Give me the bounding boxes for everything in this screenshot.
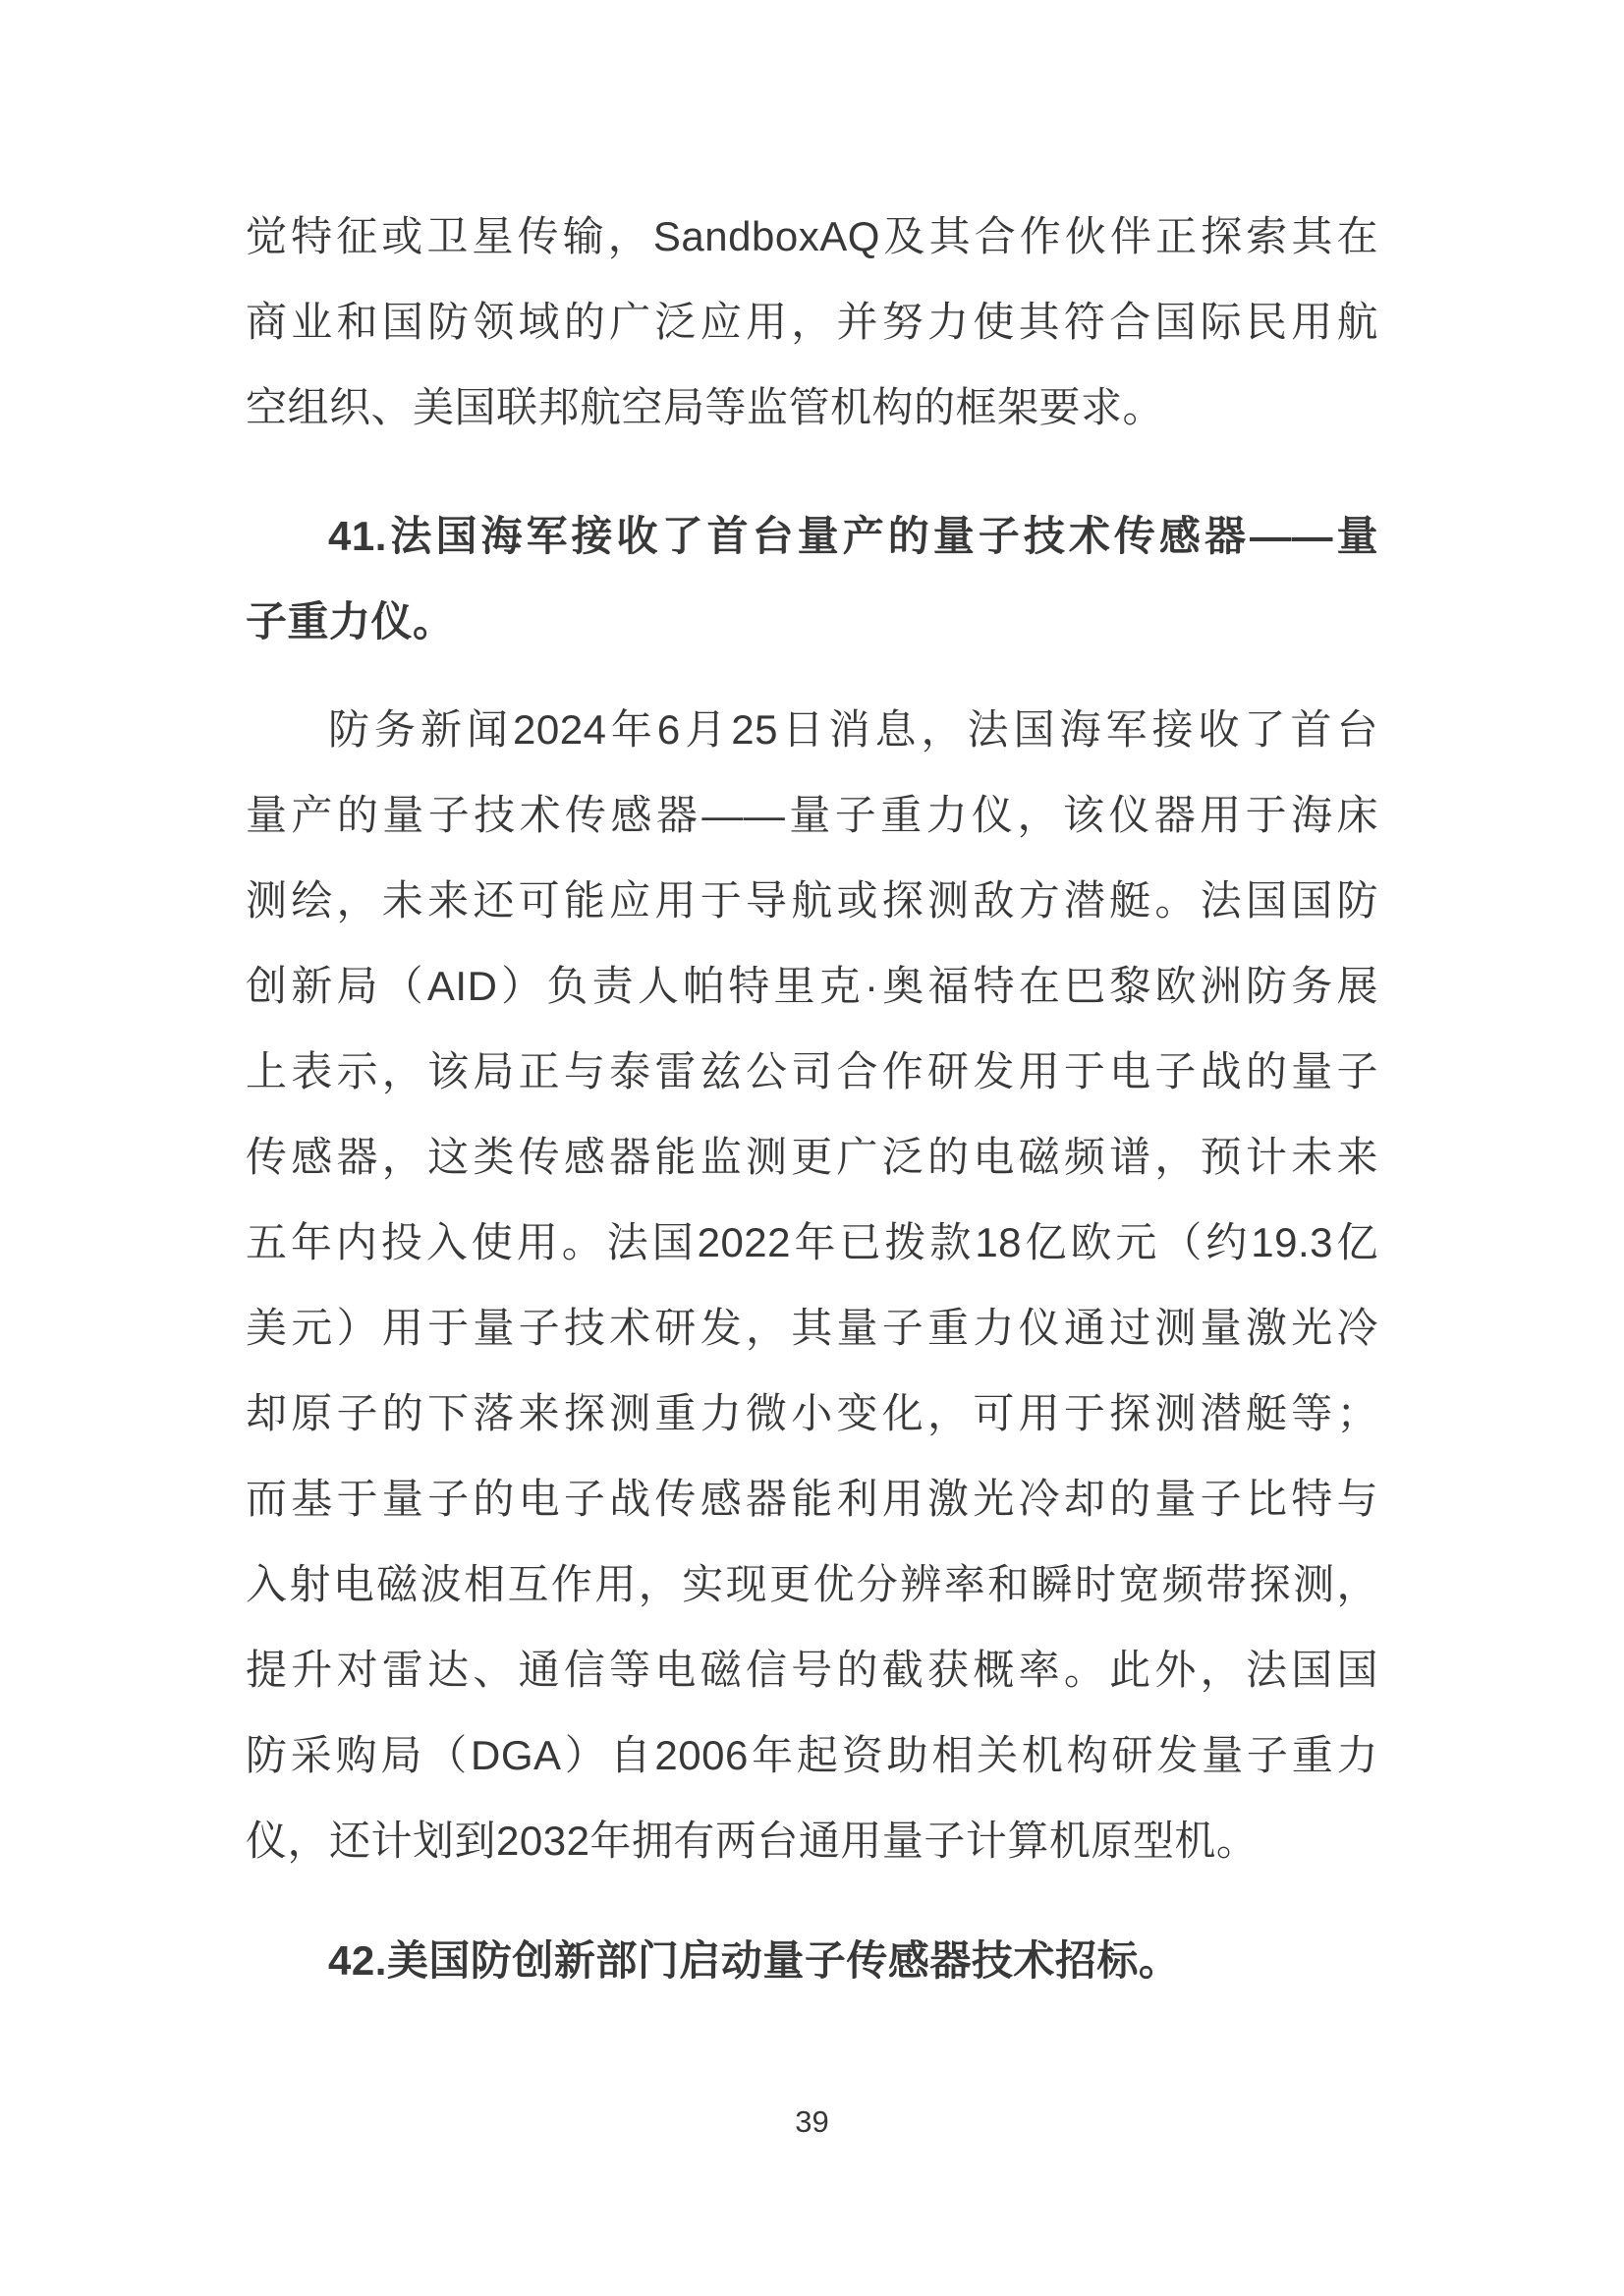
- text-line: 传感器，这类传感器能监测更广泛的电磁频谱，预计未来: [246, 1114, 1378, 1200]
- text-line: 空组织、美国联邦航空局等监管机构的框架要求。: [246, 364, 1378, 450]
- text-line: 量产的量子技术传感器——量子重力仪，该仪器用于海床: [246, 772, 1378, 858]
- page-number: 39: [0, 2102, 1624, 2142]
- text-line: 却原子的下落来探测重力微小变化，可用于探测潜艇等；: [246, 1371, 1378, 1456]
- text-line: 提升对雷达、通信等电磁信号的截获概率。此外，法国国: [246, 1627, 1378, 1712]
- text-line: 美元）用于量子技术研发，其量子重力仪通过测量激光冷: [246, 1285, 1378, 1371]
- text-line: 防务新闻2024年6月25日消息，法国海军接收了首台: [246, 687, 1378, 772]
- heading-line: 41.法国海军接收了首台量产的量子技术传感器——量: [246, 493, 1378, 579]
- text-line: 觉特征或卫星传输，SandboxAQ及其合作伙伴正探索其在: [246, 194, 1378, 279]
- text-line: 上表示，该局正与泰雷兹公司合作研发用于电子战的量子: [246, 1029, 1378, 1114]
- text-line: 防采购局（DGA）自2006年起资助相关机构研发量子重力: [246, 1712, 1378, 1798]
- document-page: 觉特征或卫星传输，SandboxAQ及其合作伙伴正探索其在 商业和国防领域的广泛…: [0, 0, 1624, 2296]
- heading-42: 42.美国防创新部门启动量子传感器技术招标。: [246, 1918, 1378, 2003]
- text-line: 创新局（AID）负责人帕特里克·奥福特在巴黎欧洲防务展: [246, 943, 1378, 1029]
- document-body: 觉特征或卫星传输，SandboxAQ及其合作伙伴正探索其在 商业和国防领域的广泛…: [246, 194, 1378, 2003]
- text-line: 五年内投入使用。法国2022年已拨款18亿欧元（约19.3亿: [246, 1200, 1378, 1285]
- text-line: 仪，还计划到2032年拥有两台通用量子计算机原型机。: [246, 1798, 1378, 1883]
- text-line: 入射电磁波相互作用，实现更优分辨率和瞬时宽频带探测，: [246, 1541, 1378, 1627]
- heading-line: 子重力仪。: [246, 579, 1378, 664]
- text-line: 而基于量子的电子战传感器能利用激光冷却的量子比特与: [246, 1456, 1378, 1541]
- heading-line: 42.美国防创新部门启动量子传感器技术招标。: [246, 1918, 1378, 2003]
- paragraph-continuation: 觉特征或卫星传输，SandboxAQ及其合作伙伴正探索其在 商业和国防领域的广泛…: [246, 194, 1378, 450]
- text-line: 商业和国防领域的广泛应用，并努力使其符合国际民用航: [246, 279, 1378, 364]
- heading-41: 41.法国海军接收了首台量产的量子技术传感器——量 子重力仪。: [246, 493, 1378, 664]
- text-line: 测绘，未来还可能应用于导航或探测敌方潜艇。法国国防: [246, 858, 1378, 943]
- paragraph-41-body: 防务新闻2024年6月25日消息，法国海军接收了首台 量产的量子技术传感器——量…: [246, 687, 1378, 1883]
